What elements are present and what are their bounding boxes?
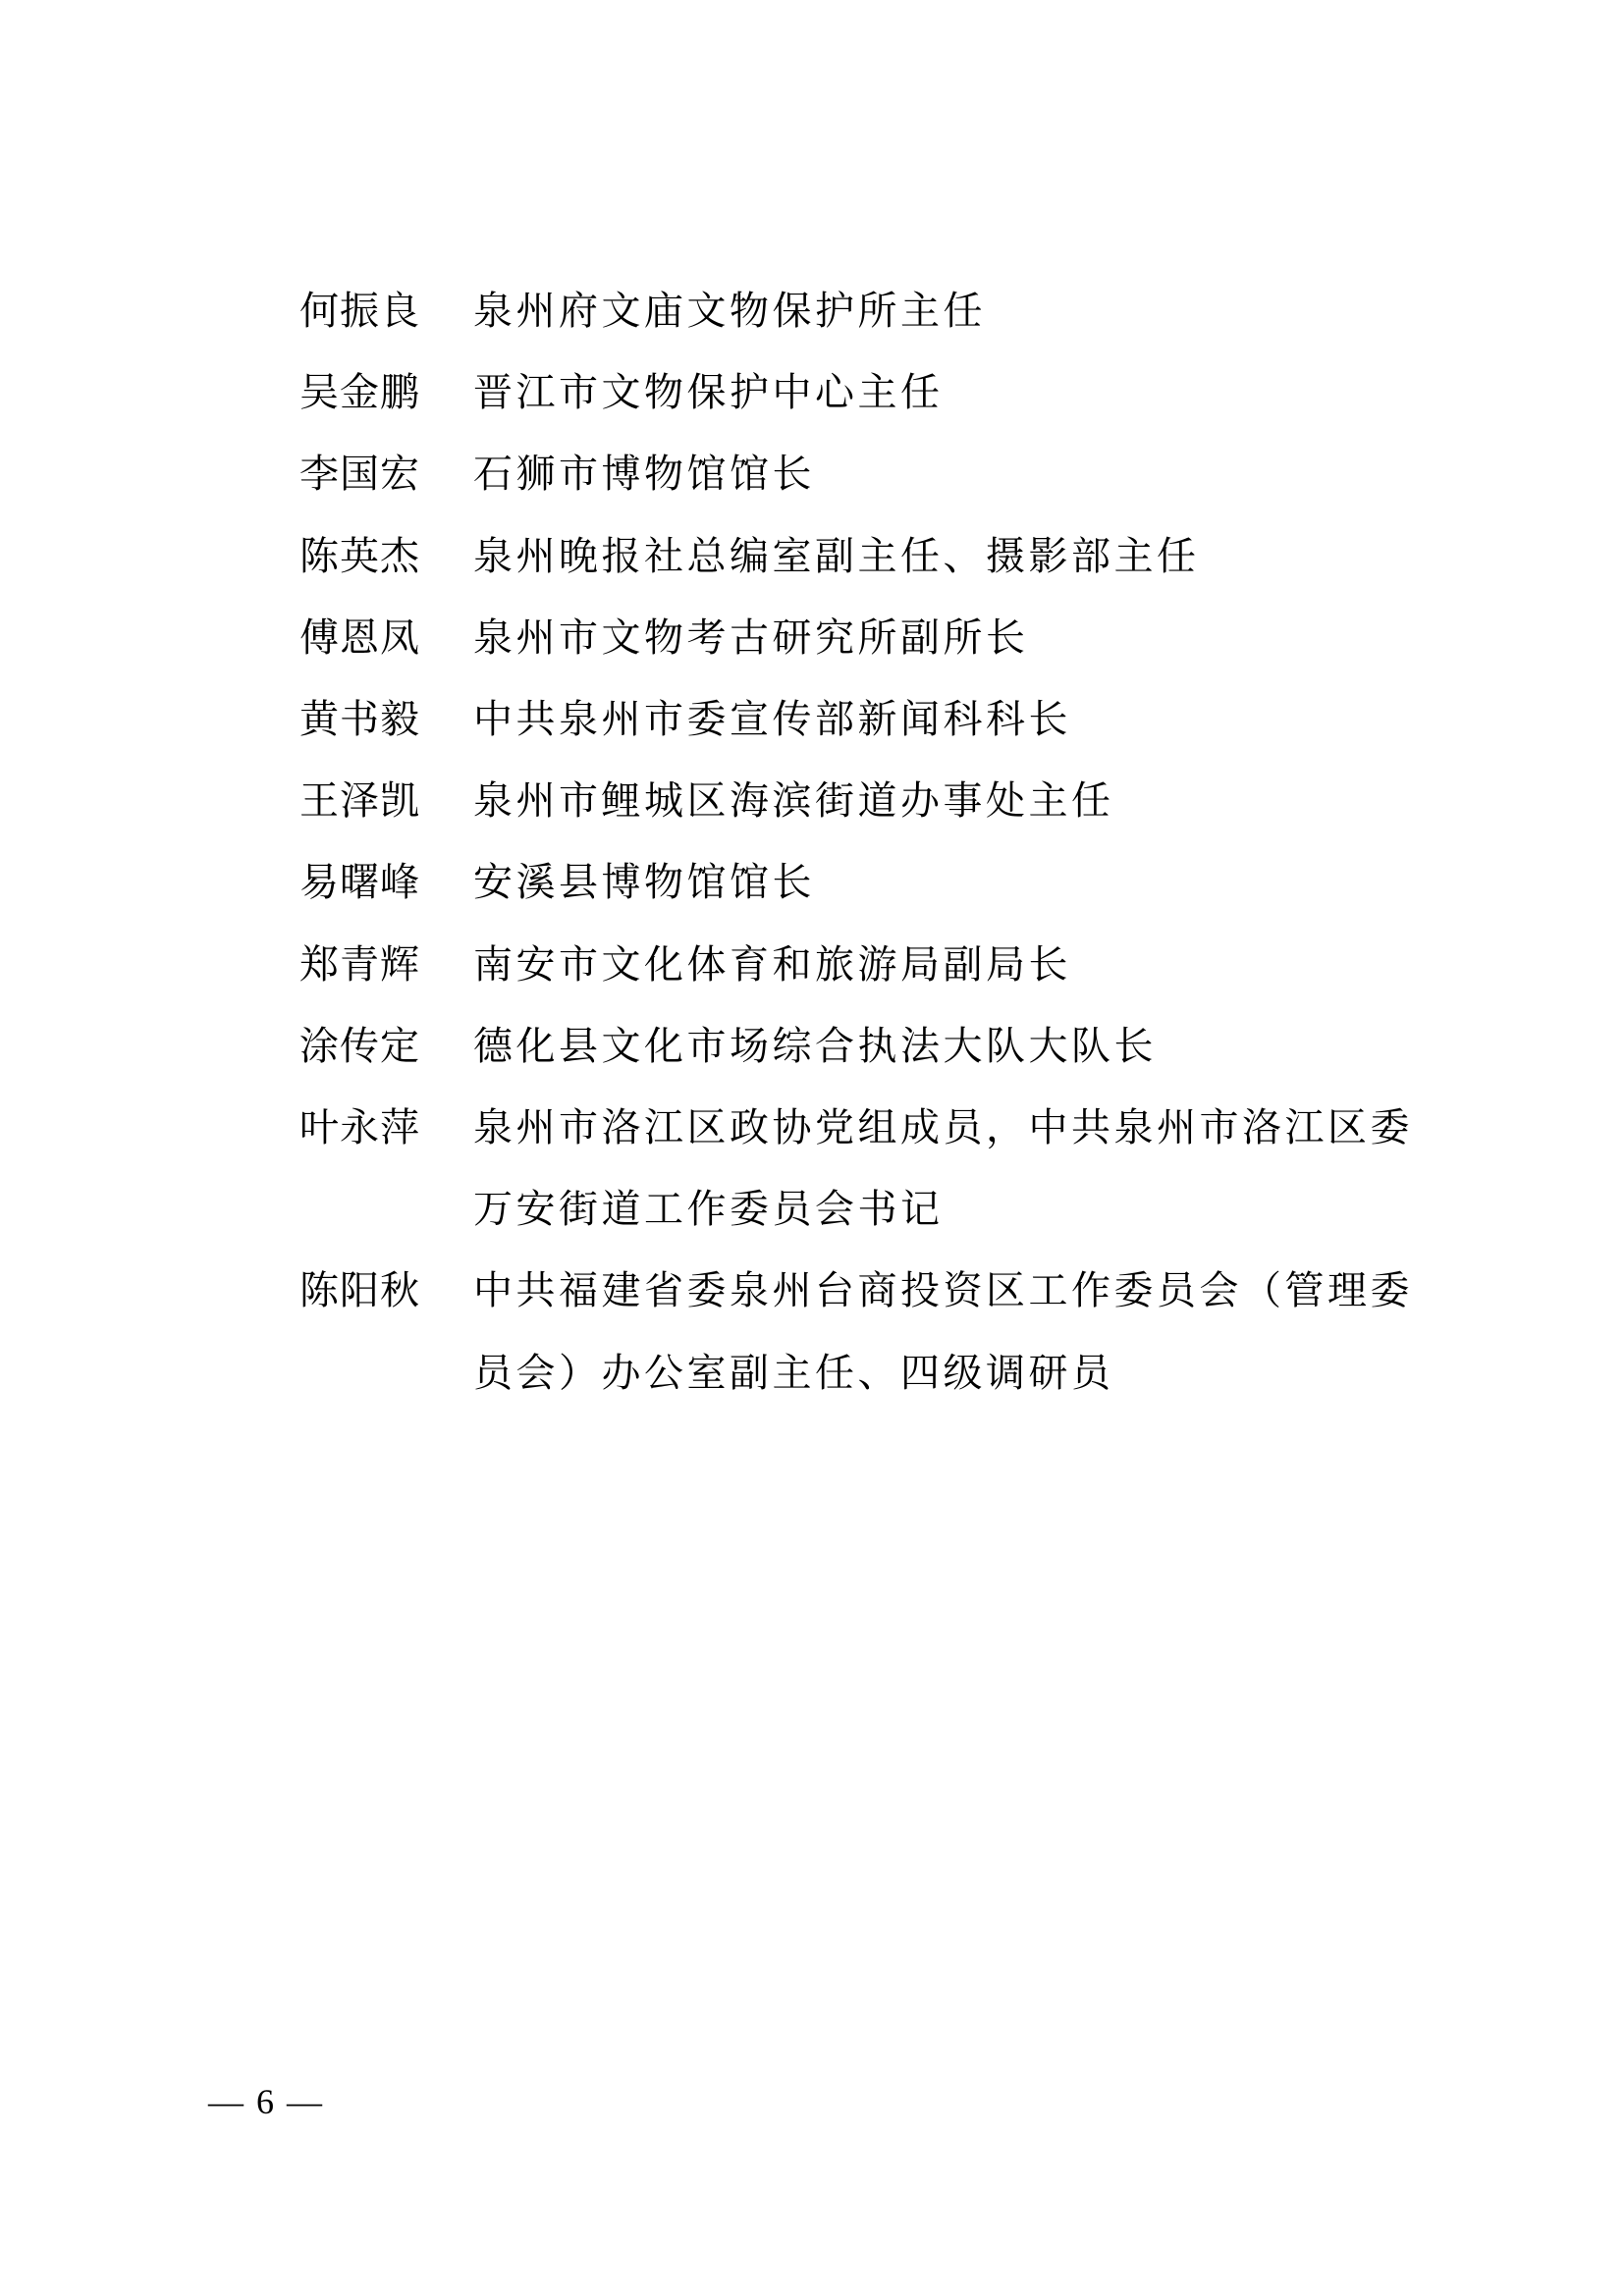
person-name: 李国宏 — [299, 433, 473, 514]
person-position: 中共泉州市委宣传部新闻科科长 — [473, 678, 1071, 760]
list-item: 陈阳秋中共福建省委泉州台商投资区工作委员会（管理委员会）办公室副主任、四级调研员 — [299, 1250, 1413, 1413]
list-item: 王泽凯泉州市鲤城区海滨街道办事处主任 — [299, 760, 1413, 841]
document-page: 何振良泉州府文庙文物保护所主任吴金鹏晋江市文物保护中心主任李国宏石狮市博物馆馆长… — [0, 0, 1624, 2296]
award-roster-list: 何振良泉州府文庙文物保护所主任吴金鹏晋江市文物保护中心主任李国宏石狮市博物馆馆长… — [299, 270, 1413, 1414]
person-name: 叶永萍 — [299, 1087, 473, 1168]
person-name: 涂传定 — [299, 1005, 473, 1087]
position-line: 员会）办公室副主任、四级调研员 — [473, 1332, 1413, 1414]
person-position: 中共福建省委泉州台商投资区工作委员会（管理委员会）办公室副主任、四级调研员 — [473, 1250, 1413, 1413]
person-name: 吴金鹏 — [299, 351, 473, 433]
person-position: 泉州府文庙文物保护所主任 — [473, 270, 986, 351]
list-item: 傅恩凤泉州市文物考古研究所副所长 — [299, 597, 1413, 678]
position-line: 泉州市鲤城区海滨街道办事处主任 — [473, 760, 1114, 841]
person-name: 王泽凯 — [299, 760, 473, 841]
person-position: 泉州晚报社总编室副主任、摄影部主任 — [473, 515, 1200, 597]
list-item: 叶永萍泉州市洛江区政协党组成员，中共泉州市洛江区委万安街道工作委员会书记 — [299, 1087, 1413, 1250]
person-name: 郑青辉 — [299, 924, 473, 1005]
person-position: 泉州市鲤城区海滨街道办事处主任 — [473, 760, 1114, 841]
list-item: 李国宏石狮市博物馆馆长 — [299, 433, 1413, 514]
person-name: 何振良 — [299, 270, 473, 351]
list-item: 陈英杰泉州晚报社总编室副主任、摄影部主任 — [299, 515, 1413, 597]
position-line: 泉州市文物考古研究所副所长 — [473, 597, 1029, 678]
position-line: 德化县文化市场综合执法大队大队长 — [473, 1005, 1157, 1087]
person-position: 石狮市博物馆馆长 — [473, 433, 815, 514]
person-name: 陈阳秋 — [299, 1250, 473, 1331]
list-item: 易曙峰安溪县博物馆馆长 — [299, 841, 1413, 923]
person-position: 南安市文化体育和旅游局副局长 — [473, 924, 1071, 1005]
list-item: 何振良泉州府文庙文物保护所主任 — [299, 270, 1413, 351]
position-line: 安溪县博物馆馆长 — [473, 841, 815, 923]
position-line: 泉州晚报社总编室副主任、摄影部主任 — [473, 515, 1200, 597]
person-position: 德化县文化市场综合执法大队大队长 — [473, 1005, 1157, 1087]
list-item: 黄书毅中共泉州市委宣传部新闻科科长 — [299, 678, 1413, 760]
person-position: 泉州市文物考古研究所副所长 — [473, 597, 1029, 678]
person-name: 陈英杰 — [299, 515, 473, 597]
person-position: 泉州市洛江区政协党组成员，中共泉州市洛江区委万安街道工作委员会书记 — [473, 1087, 1413, 1250]
page-number: — 6 — — [208, 2082, 324, 2121]
position-line: 中共福建省委泉州台商投资区工作委员会（管理委 — [473, 1250, 1413, 1331]
position-line: 泉州府文庙文物保护所主任 — [473, 270, 986, 351]
person-position: 安溪县博物馆馆长 — [473, 841, 815, 923]
position-line: 南安市文化体育和旅游局副局长 — [473, 924, 1071, 1005]
position-line: 万安街道工作委员会书记 — [473, 1168, 1413, 1250]
person-position: 晋江市文物保护中心主任 — [473, 351, 944, 433]
person-name: 傅恩凤 — [299, 597, 473, 678]
person-name: 易曙峰 — [299, 841, 473, 923]
person-name: 黄书毅 — [299, 678, 473, 760]
list-item: 吴金鹏晋江市文物保护中心主任 — [299, 351, 1413, 433]
list-item: 涂传定德化县文化市场综合执法大队大队长 — [299, 1005, 1413, 1087]
position-line: 泉州市洛江区政协党组成员，中共泉州市洛江区委 — [473, 1087, 1413, 1168]
position-line: 石狮市博物馆馆长 — [473, 433, 815, 514]
position-line: 晋江市文物保护中心主任 — [473, 351, 944, 433]
list-item: 郑青辉南安市文化体育和旅游局副局长 — [299, 924, 1413, 1005]
position-line: 中共泉州市委宣传部新闻科科长 — [473, 678, 1071, 760]
